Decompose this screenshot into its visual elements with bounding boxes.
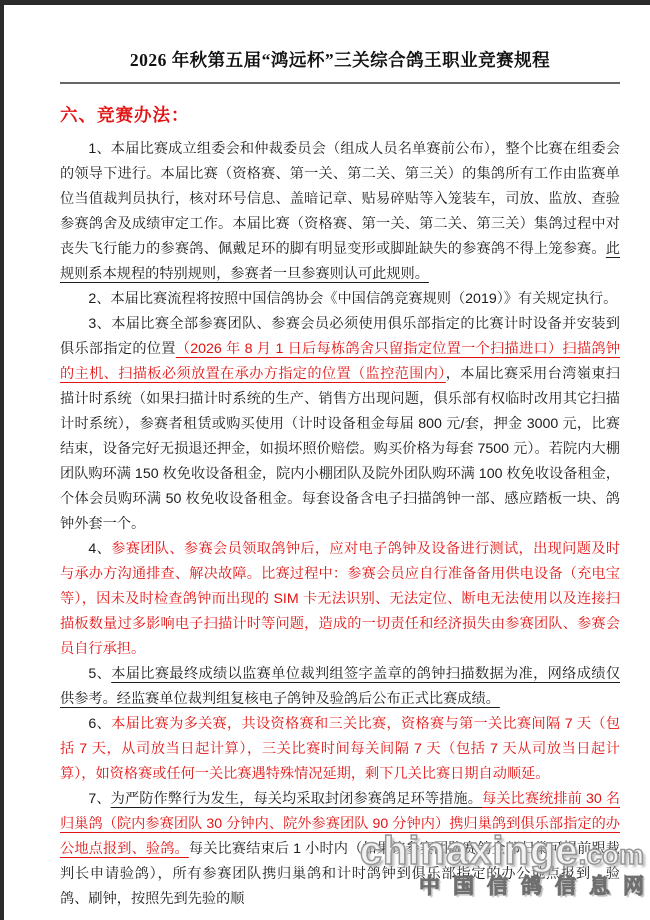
paragraph: 2、本届比赛流程将按照中国信鸽协会《中国信鸽竞赛规则（2019）》有关规定执行。 bbox=[60, 287, 620, 312]
paragraph: 3、本届比赛全部参赛团队、参赛会员必须使用俱乐部指定的比赛计时设备并安装到俱乐部… bbox=[60, 312, 620, 537]
text-run: ，本届比赛采用台湾嶺東扫描计时系统（如果扫描计时系统的生产、销售方出现问题，俱乐… bbox=[60, 366, 620, 532]
paragraph: 5、本届比赛最终成绩以监赛单位裁判组签字盖章的鸽钟扫描数据为准，网络成绩仅供参考… bbox=[60, 662, 620, 712]
text-run: 5、 bbox=[88, 666, 111, 682]
section-heading: 六、竞赛办法： bbox=[60, 102, 620, 127]
page-left-border bbox=[0, 0, 4, 920]
paragraph: 1、本届比赛成立组委会和仲裁委员会（组成人员名单赛前公布），整个比赛在组委会的领… bbox=[60, 137, 620, 287]
text-run: 4、 bbox=[88, 541, 111, 557]
text-run: 参赛团队、参赛会员领取鸽钟后，应对电子鸽钟及设备进行测试，出现问题及时与承办方沟… bbox=[60, 541, 620, 657]
document-page: 2026 年秋第五届“鸿远杯”三关综合鸽王职业竞赛规程 六、竞赛办法： 1、本届… bbox=[0, 0, 650, 920]
paragraph: 6、本届比赛为多关赛，共设资格赛和三关比赛，资格赛与第一关比赛间隔 7 天（包括… bbox=[60, 712, 620, 787]
paragraph: 7、为严防作弊行为发生，每关均采取封闭参赛鸽足环等措施。每关比赛统排前 30 名… bbox=[60, 787, 620, 912]
text-run: 6、 bbox=[88, 716, 111, 732]
text-run: 为严防作弊行为发生，每关均采取封闭参赛鸽足环等措施。 bbox=[111, 791, 482, 807]
paragraphs: 1、本届比赛成立组委会和仲裁委员会（组成人员名单赛前公布），整个比赛在组委会的领… bbox=[60, 137, 620, 912]
text-run: 1、本届比赛成立组委会和仲裁委员会（组成人员名单赛前公布），整个比赛在组委会的领… bbox=[60, 141, 620, 257]
text-run: 7、 bbox=[88, 791, 110, 807]
text-run: 本届比赛为多关赛，共设资格赛和三关比赛，资格赛与第一关比赛间隔 7 天（包括 7… bbox=[60, 716, 620, 782]
document-content: 2026 年秋第五届“鸿远杯”三关综合鸽王职业竞赛规程 六、竞赛办法： 1、本届… bbox=[60, 0, 620, 912]
text-run: 2、本届比赛流程将按照中国信鸽协会《中国信鸽竞赛规则（2019）》有关规定执行。 bbox=[88, 291, 617, 307]
paragraph: 4、参赛团队、参赛会员领取鸽钟后，应对电子鸽钟及设备进行测试，出现问题及时与承办… bbox=[60, 537, 620, 662]
document-title: 2026 年秋第五届“鸿远杯”三关综合鸽王职业竞赛规程 bbox=[60, 47, 620, 84]
text-run: 本届比赛最终成绩以监赛单位裁判组签字盖章的鸽钟扫描数据为准，网络成绩仅供参考。经… bbox=[60, 666, 620, 707]
